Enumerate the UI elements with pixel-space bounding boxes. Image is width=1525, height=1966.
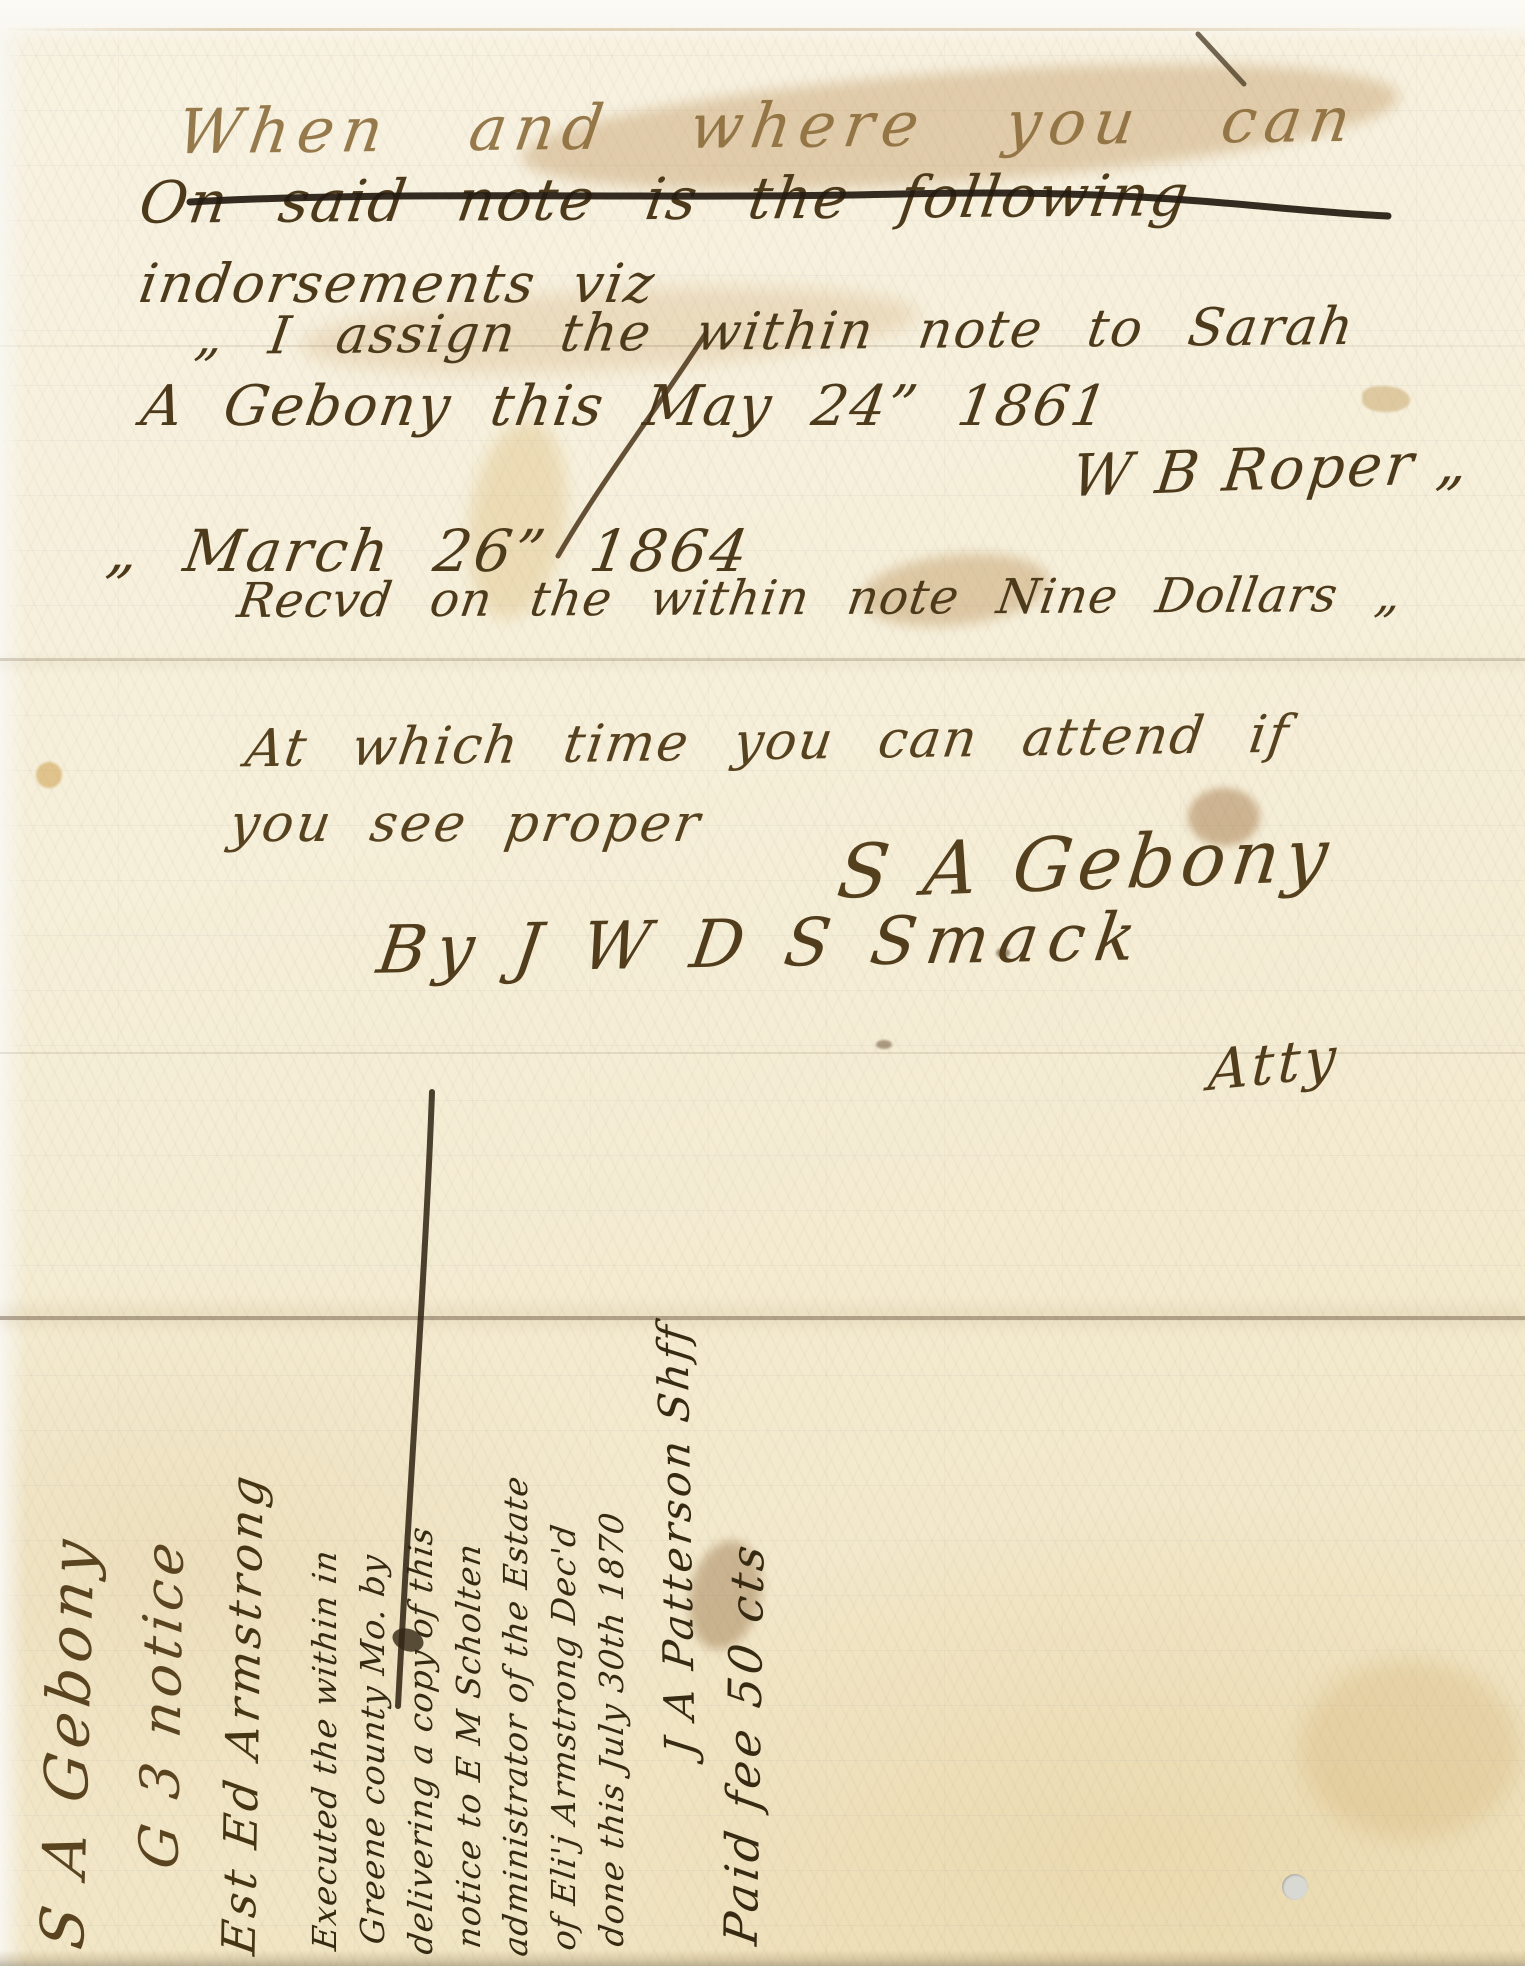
small-dot-left <box>36 762 62 788</box>
docket-executed-line-3: delivering a copy of this <box>397 1332 445 1954</box>
top-edge-streak <box>0 28 1525 31</box>
docket-paid-fee: Paid fee 50 cts <box>714 1332 779 1945</box>
fold-crease-2 <box>0 658 1525 661</box>
docket-patterson-signature: J A Patterson Shff <box>648 1332 704 1756</box>
paper-hole <box>1282 1874 1308 1900</box>
fold-crease-4 <box>0 1316 1525 1320</box>
docket-return-of-service: Executed the within in Greene county Mo.… <box>301 1332 636 1960</box>
docket-gebony: S A Gebony <box>28 1331 114 1949</box>
docket-executed-line-5: administrator of the Estate <box>492 1332 540 1956</box>
struck-heading-line: When and where you can <box>178 86 1358 167</box>
docket-executed-line-7: done this July 30th 1870 <box>588 1332 636 1946</box>
line-atty: Atty <box>1205 1027 1343 1102</box>
scanned-letter-page: When and where you can On said note is t… <box>0 0 1525 1966</box>
signature-by-smack: By J W D S Smack <box>377 901 1145 987</box>
line-gebony-date: A Gebony this May 24” 1861 <box>142 376 1109 438</box>
docket-executed-line-4: notice to E M Scholten <box>445 1332 493 1948</box>
docket-executed-line-1: Executed the within in <box>301 1332 349 1950</box>
docket-rotated-text: S A Gebony G 3 notice Est Ed Armstrong E… <box>30 1332 990 1960</box>
fingerprint-stain <box>1300 1660 1520 1840</box>
struck-heading-text: When and where you can <box>173 86 1363 167</box>
line-you-see-proper: you see proper <box>230 796 702 853</box>
line-i-assign: „ I assign the within note to Sarah <box>196 299 1355 366</box>
line-at-which-time: At which time you can attend if <box>246 707 1290 779</box>
tan-chip-right-edge <box>1362 386 1410 412</box>
line-on-said-note: On said note is the following <box>140 164 1190 235</box>
docket-case-notice: G 3 notice <box>127 1331 199 1868</box>
docket-est-armstrong: Est Ed Armstrong <box>212 1332 277 1955</box>
signature-w-b-roper: W B Roper „ <box>1071 431 1471 509</box>
docket-section: S A Gebony G 3 notice Est Ed Armstrong E… <box>30 1332 990 1960</box>
docket-executed-line-6: of Eli'j Armstrong Dec'd <box>540 1332 588 1950</box>
line-received-nine-dollars: Recvd on the within note Nine Dollars „ <box>238 569 1402 628</box>
top-right-mark <box>1198 34 1244 84</box>
docket-executed-line-2: Greene county Mo. by <box>349 1332 397 1944</box>
ink-speck-2 <box>876 1040 892 1049</box>
